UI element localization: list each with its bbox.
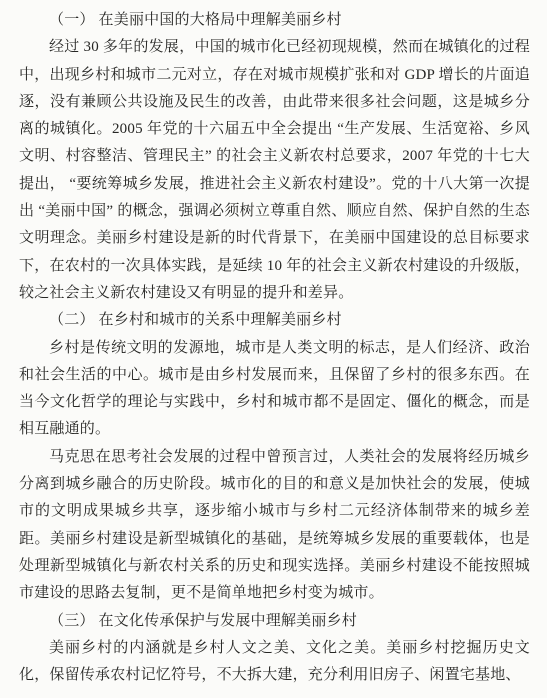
document-page: （一） 在美丽中国的大格局中理解美丽乡村 经过 30 多年的发展，中国的城市化已… bbox=[0, 0, 547, 698]
paragraph-1: 经过 30 多年的发展，中国的城市化已经初现规模，然而在城镇化的过程中，出现乡村… bbox=[19, 34, 530, 307]
section-heading-3: （三） 在文化传承保护与发展中理解美丽乡村 bbox=[19, 608, 530, 635]
section-heading-1: （一） 在美丽中国的大格局中理解美丽乡村 bbox=[19, 7, 530, 34]
paragraph-4: 美丽乡村的内涵就是乡村人文之美、文化之美。美丽乡村挖掘历史文化，保留传承农村记忆… bbox=[19, 635, 530, 690]
paragraph-3: 马克思在思考社会发展的过程中曾预言过，人类社会的发展将经历城乡分离到城乡融合的历… bbox=[19, 444, 530, 608]
paragraph-2: 乡村是传统文明的发源地，城市是人类文明的标志，是人们经济、政治和社会生活的中心。… bbox=[19, 335, 530, 444]
section-heading-2: （二） 在乡村和城市的关系中理解美丽乡村 bbox=[19, 307, 530, 334]
